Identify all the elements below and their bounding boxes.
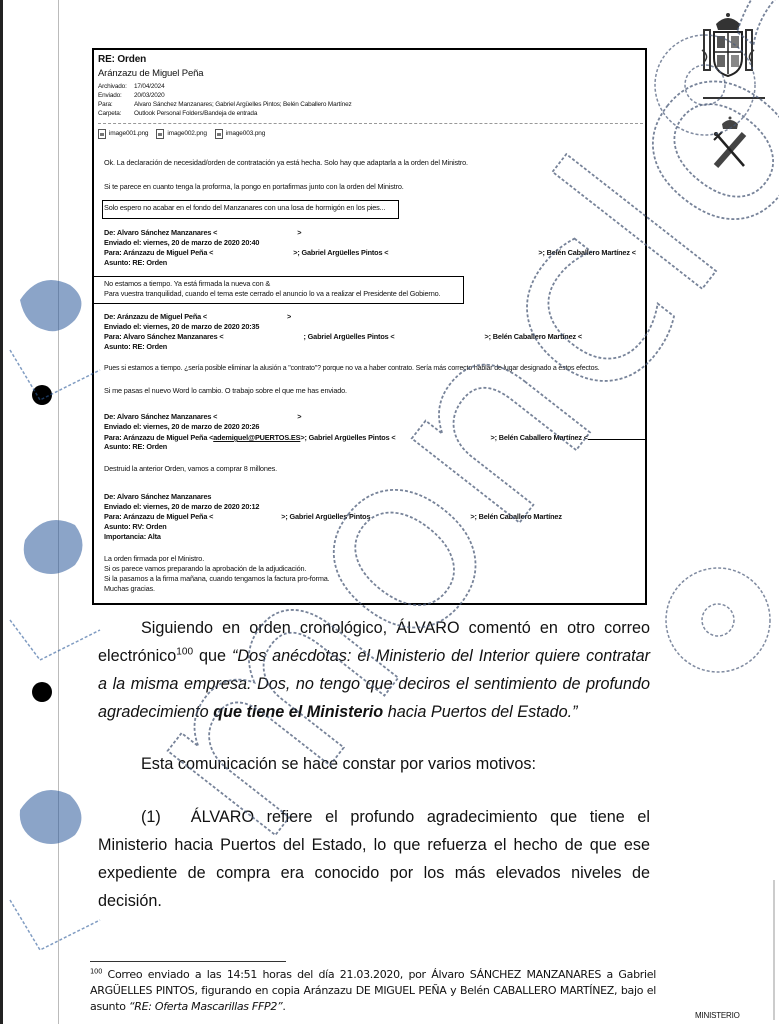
message-line: Si os parece vamos preparando la aprobac… bbox=[104, 564, 306, 574]
scan-edge bbox=[0, 0, 3, 1024]
punch-hole bbox=[32, 385, 52, 405]
footnote-ref[interactable]: 100 bbox=[176, 647, 193, 658]
message-line: Pues si estamos a tiempo. ¿sería posible… bbox=[104, 364, 600, 374]
list-number: (1) bbox=[141, 808, 161, 826]
meta-key: Carpeta: bbox=[98, 109, 134, 118]
reply-subject: Asunto: RV: Orden bbox=[104, 522, 167, 532]
reply-to: Para: Alvaro Sánchez Manzanares <; Gabri… bbox=[104, 332, 647, 342]
meta-value: 17/04/2024 bbox=[134, 82, 165, 91]
meta-value: 20/03/2020 bbox=[134, 91, 165, 100]
footnote-text: . bbox=[282, 1000, 285, 1013]
crest-divider bbox=[703, 97, 765, 99]
highlighted-line: Solo espero no acabar en el fondo del Ma… bbox=[104, 203, 385, 213]
meta-key: Enviado: bbox=[98, 91, 134, 100]
meta-key: Para: bbox=[98, 100, 134, 109]
reply-from: De: Alvaro Sánchez Manzanares bbox=[104, 492, 211, 502]
reply-importance: Importancia: Alta bbox=[104, 532, 161, 542]
meta-row-sent: Enviado:20/03/2020 bbox=[98, 91, 352, 100]
reply-from: De: Alvaro Sánchez Manzanares <> bbox=[104, 228, 301, 238]
to-text: Para: Aránzazu de Miguel Peña < bbox=[104, 433, 213, 442]
ministry-label: MINISTERIO bbox=[695, 1011, 740, 1020]
reply-sent: Enviado el: viernes, 20 de marzo de 2020… bbox=[104, 322, 259, 332]
reply-to: Para: Aránzazu de Miguel Peña <>; Gabrie… bbox=[104, 248, 644, 258]
message-line: Si la pasamos a la firma mañana, cuando … bbox=[104, 574, 330, 584]
to-text: ; Gabriel Argüelles Pintos < bbox=[304, 332, 395, 341]
reply-subject: Asunto: RE: Orden bbox=[104, 258, 167, 268]
attachment-name: image003.png bbox=[226, 129, 265, 139]
email-sender: Aránzazu de Miguel Peña bbox=[98, 69, 203, 79]
meta-row-folder: Carpeta:Outlook Personal Folders/Bandeja… bbox=[98, 109, 352, 118]
reply-sent: Enviado el: viernes, 20 de marzo de 2020… bbox=[104, 422, 259, 432]
attachment[interactable]: image001.png bbox=[98, 129, 148, 139]
attachments: image001.png image002.png image003.png bbox=[98, 129, 265, 139]
reply-from: De: Alvaro Sánchez Manzanares <> bbox=[104, 412, 301, 422]
message-line: Ok. La declaración de necesidad/orden de… bbox=[104, 158, 468, 168]
message-line: Para vuestra tranquilidad, cuando el tem… bbox=[104, 289, 440, 299]
to-text: Para: Aránzazu de Miguel Peña < bbox=[104, 512, 213, 521]
paragraph-chronological: Siguiendo en orden cronológico, ÁLVARO c… bbox=[98, 614, 650, 726]
separator bbox=[98, 123, 643, 124]
reply-sent: Enviado el: viernes, 20 de marzo de 2020… bbox=[104, 502, 259, 512]
image-file-icon bbox=[156, 129, 164, 139]
guardia-civil-emblem-icon bbox=[708, 114, 752, 172]
meta-value: Outlook Personal Folders/Bandeja de entr… bbox=[134, 109, 257, 118]
to-text: >; Belén Caballero Martínez < bbox=[485, 332, 582, 341]
email-screenshot: RE: Orden Aránzazu de Miguel Peña Archiv… bbox=[92, 48, 647, 605]
to-text: >; Belén Caballero Martínez bbox=[470, 512, 561, 521]
reply-to: Para: Aránzazu de Miguel Peña <>; Gabrie… bbox=[104, 512, 562, 522]
message-line: La orden firmada por el Ministro. bbox=[104, 554, 204, 564]
from-text: De: Alvaro Sánchez Manzanares < bbox=[104, 228, 217, 237]
reply-sent: Enviado el: viernes, 20 de marzo de 2020… bbox=[104, 238, 259, 248]
to-text: >; Gabriel Argüelles Pintos < bbox=[293, 248, 388, 257]
coat-of-arms-icon bbox=[700, 10, 756, 82]
paragraph-reasons: Esta comunicación se hace constar por va… bbox=[98, 750, 650, 778]
para-text: ÁLVARO refiere el profundo agradecimient… bbox=[98, 808, 650, 910]
reply-to: Para: Aránzazu de Miguel Peña <ademiguel… bbox=[104, 432, 647, 443]
footnote: 100 Correo enviado a las 14:51 horas del… bbox=[90, 967, 656, 1015]
meta-value: Alvaro Sánchez Manzanares; Gabriel Argüe… bbox=[134, 100, 352, 109]
email-subject: RE: Orden bbox=[98, 55, 146, 65]
attachment[interactable]: image002.png bbox=[156, 129, 206, 139]
attachment[interactable]: image003.png bbox=[215, 129, 265, 139]
meta-row-to: Para:Alvaro Sánchez Manzanares; Gabriel … bbox=[98, 100, 352, 109]
to-text: >; Gabriel Argüelles Pintos bbox=[281, 512, 370, 521]
to-text: >; Belén Caballero Martínez < bbox=[490, 433, 587, 442]
image-file-icon bbox=[98, 129, 106, 139]
email-address-link[interactable]: ademiguel@PUERTOS.ES bbox=[213, 433, 300, 442]
reply-from: De: Aránzazu de Miguel Peña <> bbox=[104, 312, 291, 322]
to-text: >; Belén Caballero Martínez < bbox=[538, 248, 635, 257]
punch-hole bbox=[32, 682, 52, 702]
scan-edge-right bbox=[773, 880, 775, 1020]
from-text: De: Aránzazu de Miguel Peña < bbox=[104, 312, 207, 321]
to-text: >; Gabriel Argüelles Pintos < bbox=[300, 433, 395, 442]
meta-key: Archivado: bbox=[98, 82, 134, 91]
message-line: Muchas gracias. bbox=[104, 584, 155, 594]
from-text: De: Alvaro Sánchez Manzanares < bbox=[104, 412, 217, 421]
message-line: Si te parece en cuanto tenga la proforma… bbox=[104, 182, 404, 192]
para-text: que bbox=[193, 647, 232, 665]
footnote-subject: “RE: Oferta Mascarillas FFP2” bbox=[129, 1000, 283, 1013]
attachment-name: image001.png bbox=[109, 129, 148, 139]
to-text: Para: Aránzazu de Miguel Peña < bbox=[104, 248, 213, 257]
footnote-divider bbox=[90, 961, 286, 962]
meta-row-filed: Archivado:17/04/2024 bbox=[98, 82, 352, 91]
message-line: Si me pasas el nuevo Word lo cambio. O t… bbox=[104, 386, 347, 396]
quote-bold-text: que tiene el Ministerio bbox=[213, 703, 383, 721]
quote-text: hacia Puertos del Estado.” bbox=[383, 703, 577, 721]
message-line: Destruid la anterior Orden, vamos a comp… bbox=[104, 464, 277, 474]
email-meta: Archivado:17/04/2024 Enviado:20/03/2020 … bbox=[98, 82, 352, 118]
to-text: Para: Alvaro Sánchez Manzanares < bbox=[104, 332, 224, 341]
footnote-number: 100 bbox=[90, 967, 102, 975]
margin-line bbox=[58, 0, 59, 1024]
image-file-icon bbox=[215, 129, 223, 139]
paragraph-reason-1: (1)ÁLVARO refiere el profundo agradecimi… bbox=[98, 803, 650, 915]
reply-subject: Asunto: RE: Orden bbox=[104, 442, 167, 452]
attachment-name: image002.png bbox=[167, 129, 206, 139]
message-line: No estamos a tiempo. Ya está firmada la … bbox=[104, 279, 270, 289]
reply-subject: Asunto: RE: Orden bbox=[104, 342, 167, 352]
